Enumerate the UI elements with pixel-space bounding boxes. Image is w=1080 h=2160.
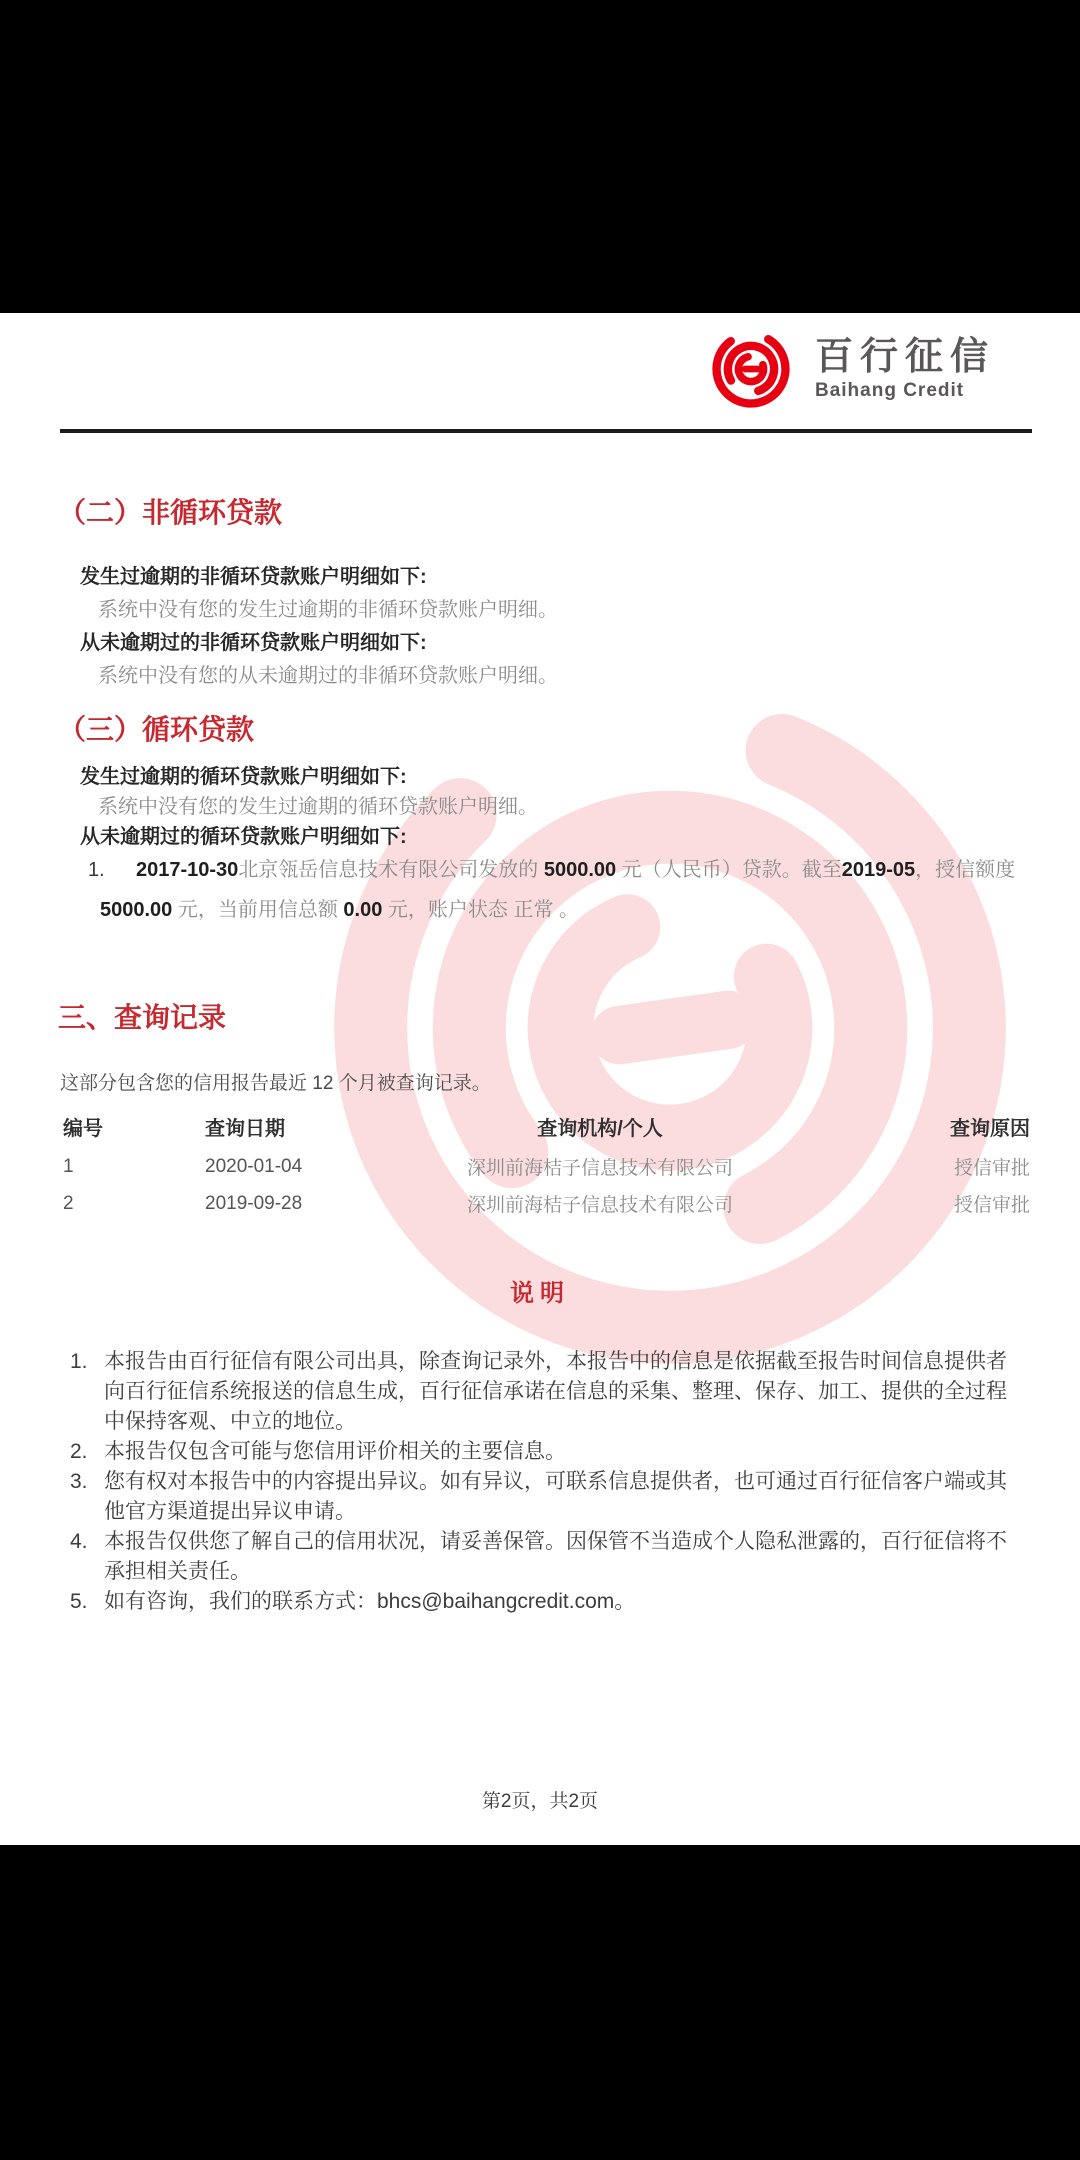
table-header-cell: 查询原因 — [830, 1112, 1032, 1141]
notes-list: 1.本报告由百行征信有限公司出具，除查询记录外，本报告中的信息是依据截至报告时间… — [70, 1347, 1026, 1617]
note-item: 3.您有权对本报告中的内容提出异议。如有异议，可联系信息提供者，也可通过百行征信… — [70, 1467, 1026, 1527]
overdue-note: 系统中没有您的发生过逾期的非循环贷款账户明细。 — [60, 594, 1030, 627]
note-item-number: 4. — [70, 1527, 88, 1557]
non-revolving-details: 发生过逾期的非循环贷款账户明细如下: 系统中没有您的发生过逾期的非循环贷款账户明… — [60, 561, 1030, 693]
table-header-cell: 编号 — [60, 1112, 150, 1141]
revolving-details: 发生过逾期的循环贷款账户明细如下: 系统中没有您的发生过逾期的循环贷款账户明细。… — [60, 762, 1030, 852]
loan-value: 2017-10-30 — [136, 859, 238, 881]
page-number: 第2页，共2页 — [0, 1786, 1080, 1813]
baihang-spiral-icon — [709, 325, 793, 413]
note-item: 5.如有咨询，我们的联系方式：bhcs@baihangcredit.com。 — [70, 1587, 1026, 1617]
table-row: 12020-01-04深圳前海桔子信息技术有限公司授信审批 — [60, 1148, 1032, 1185]
table-cell: 授信审批 — [830, 1153, 1032, 1180]
loan-item-text: 2017-10-30北京瓴岳信息技术有限公司发放的 5000.00 元（人民币）… — [100, 850, 1032, 930]
note-item-number: 1. — [70, 1347, 88, 1377]
table-cell: 2019-09-28 — [150, 1193, 370, 1215]
query-records-intro: 这部分包含您的信用报告最近 12 个月被查询记录。 — [60, 1071, 491, 1097]
table-cell: 授信审批 — [830, 1190, 1032, 1217]
overdue-label: 发生过逾期的循环贷款账户明细如下: — [60, 762, 1030, 792]
notes-title: 说明 — [0, 1273, 1080, 1308]
query-records-table: 编号查询日期查询机构/个人查询原因 12020-01-04深圳前海桔子信息技术有… — [60, 1104, 1032, 1222]
note-item-text: 本报告仅包含可能与您信用评价相关的主要信息。 — [104, 1440, 566, 1463]
baihang-logo: 百行征信 Baihang Credit — [709, 325, 995, 413]
loan-text: 北京瓴岳信息技术有限公司发放的 — [238, 859, 544, 881]
loan-value: 2019-05 — [842, 859, 915, 881]
table-header-cell: 查询机构/个人 — [370, 1112, 830, 1141]
loan-value: 0.00 — [343, 899, 382, 921]
header-divider — [60, 429, 1032, 433]
table-cell: 深圳前海桔子信息技术有限公司 — [370, 1190, 830, 1217]
never-overdue-label: 从未逾期过的循环贷款账户明细如下: — [60, 822, 1030, 852]
table-cell: 2020-01-04 — [150, 1156, 370, 1178]
table-header-row: 编号查询日期查询机构/个人查询原因 — [60, 1104, 1032, 1148]
table-header-cell: 查询日期 — [150, 1112, 370, 1141]
table-cell: 2 — [60, 1193, 150, 1215]
section-title-revolving: （三）循环贷款 — [58, 708, 254, 748]
loan-text: ，授信额度 — [915, 859, 1015, 881]
table-row: 22019-09-28深圳前海桔子信息技术有限公司授信审批 — [60, 1185, 1032, 1222]
table-cell: 1 — [60, 1156, 150, 1178]
section-title-non-revolving: （二）非循环贷款 — [58, 491, 282, 531]
never-overdue-note: 系统中没有您的从未逾期过的非循环贷款账户明细。 — [60, 660, 1030, 693]
overdue-note: 系统中没有您的发生过逾期的循环贷款账户明细。 — [60, 792, 1030, 822]
note-item: 1.本报告由百行征信有限公司出具，除查询记录外，本报告中的信息是依据截至报告时间… — [70, 1347, 1026, 1437]
logo-title-cn: 百行征信 — [815, 335, 995, 379]
loan-text: 元，账户状态 正常 。 — [382, 899, 579, 921]
note-item: 4.本报告仅供您了解自己的信用状况，请妥善保管。因保管不当造成个人隐私泄露的，百… — [70, 1527, 1026, 1587]
note-item-number: 2. — [70, 1437, 88, 1467]
note-item-text: 本报告仅供您了解自己的信用状况，请妥善保管。因保管不当造成个人隐私泄露的，百行征… — [104, 1530, 1007, 1583]
overdue-label: 发生过逾期的非循环贷款账户明细如下: — [60, 561, 1030, 594]
table-cell: 深圳前海桔子信息技术有限公司 — [370, 1153, 830, 1180]
query-table-body: 12020-01-04深圳前海桔子信息技术有限公司授信审批22019-09-28… — [60, 1148, 1032, 1222]
loan-text: 元（人民币）贷款。截至 — [616, 859, 842, 881]
note-item-number: 5. — [70, 1587, 88, 1617]
loan-value: 5000.00 — [100, 899, 172, 921]
report-page: 百行征信 Baihang Credit （二）非循环贷款 发生过逾期的非循环贷款… — [0, 313, 1080, 1845]
loan-value: 5000.00 — [544, 859, 616, 881]
note-item-text: 如有咨询，我们的联系方式：bhcs@baihangcredit.com。 — [104, 1590, 635, 1613]
note-item-text: 本报告由百行征信有限公司出具，除查询记录外，本报告中的信息是依据截至报告时间信息… — [104, 1350, 1007, 1433]
loan-text: 元，当前用信总额 — [172, 899, 343, 921]
watermark-spiral-icon — [258, 616, 1080, 1440]
note-item-number: 3. — [70, 1467, 88, 1497]
never-overdue-label: 从未逾期过的非循环贷款账户明细如下: — [60, 627, 1030, 660]
note-item-text: 您有权对本报告中的内容提出异议。如有异议，可联系信息提供者，也可通过百行征信客户… — [104, 1470, 1007, 1523]
logo-title-en: Baihang Credit — [815, 379, 995, 403]
note-item: 2.本报告仅包含可能与您信用评价相关的主要信息。 — [70, 1437, 1026, 1467]
section-title-query-records: 三、查询记录 — [58, 996, 226, 1036]
